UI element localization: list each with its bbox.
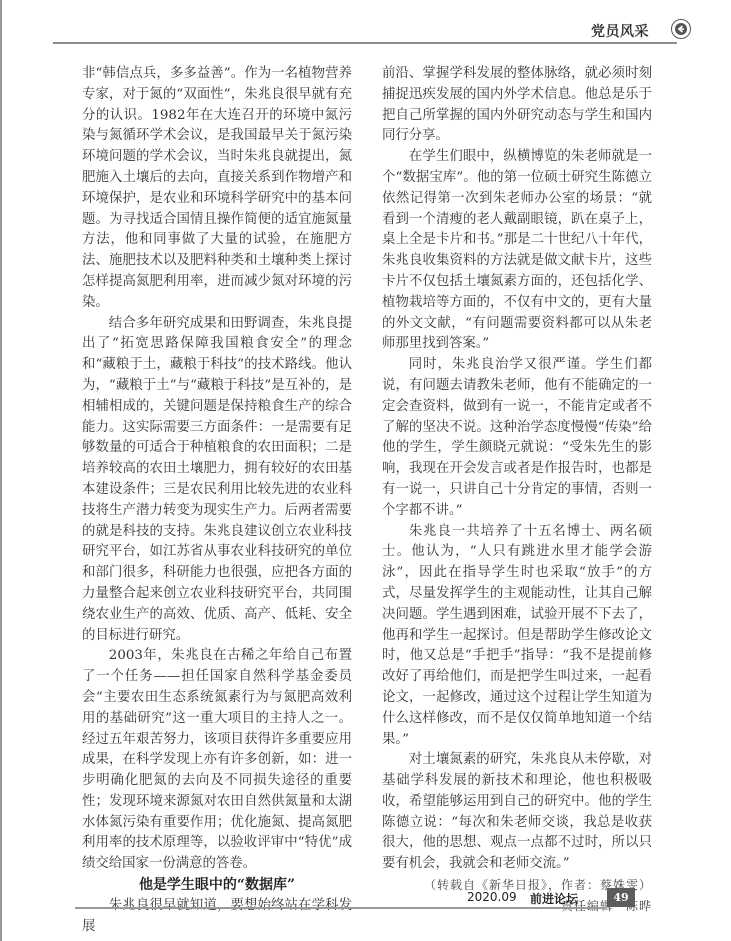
paragraph: 对土壤氮素的研究，朱兆良从未停歇，对基础学科发展的新技术和理论，他也积极吸收，希…	[382, 750, 652, 875]
paragraph: 同时，朱兆良治学又很严谨。学生们都说，有问题去请教朱老师，他有不能确定的一定会查…	[382, 355, 652, 521]
header-rule	[53, 42, 677, 44]
paragraph: 2003年，朱兆良在古稀之年给自己布置了一个任务——担任国家自然科学基金委员会“…	[82, 646, 352, 875]
issue-date: 2020.09	[467, 890, 517, 904]
paragraph: 朱兆良一共培养了十五名博士、两名硕士。他认为，“人只有跳进水里才能学会游泳”，因…	[382, 522, 652, 751]
page-header: 党员风采	[53, 18, 691, 44]
page-footer: 2020.09 前进论坛 49	[75, 892, 655, 908]
paragraph: 前沿、掌握学科发展的整体脉络，就必须时刻捕捉迅疾发展的国内外学术信息。他总是乐于…	[382, 64, 652, 147]
paragraph: 结合多年研究成果和田野调查，朱兆良提出了“拓宽思路保障我国粮食安全”的理念和“藏…	[82, 314, 352, 647]
page-number: 49	[607, 888, 635, 907]
left-column: 非“韩信点兵，多多益善”。作为一名植物营养专家，对于氮的“双面性”，朱兆良很早就…	[82, 64, 352, 937]
paragraph: 在学生们眼中，纵横博览的朱老师就是一个“数据宝库”。他的第一位硕士研究生陈德立依…	[382, 147, 652, 355]
magazine-name: 前进论坛	[530, 890, 578, 907]
section-title: 党员风采	[591, 21, 649, 41]
footer-rule	[75, 907, 605, 909]
right-column: 前沿、掌握学科发展的整体脉络，就必须时刻捕捉迅疾发展的国内外学术信息。他总是乐于…	[382, 64, 652, 917]
back-arrow-icon	[671, 19, 691, 39]
page-edge	[0, 0, 2, 941]
paragraph: 非“韩信点兵，多多益善”。作为一名植物营养专家，对于氮的“双面性”，朱兆良很早就…	[82, 64, 352, 314]
